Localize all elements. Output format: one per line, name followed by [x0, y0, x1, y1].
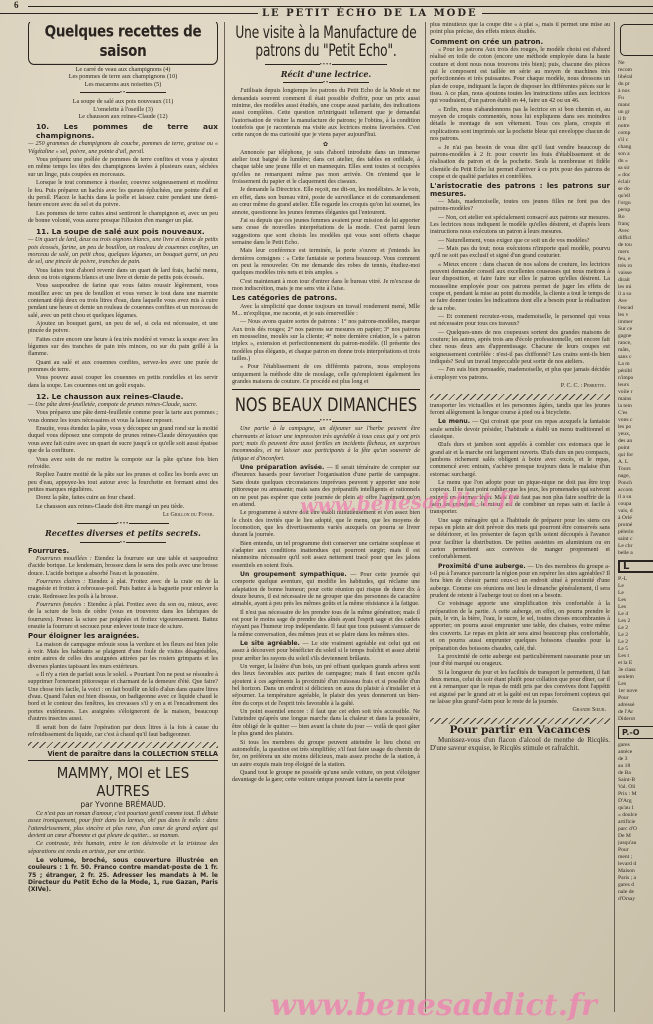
secrets-title: Recettes diverses et petits secrets.	[28, 530, 218, 537]
text-fragment: Val. Oli	[618, 784, 653, 791]
paragraph: Mais leur conférence est terminée, la po…	[232, 248, 420, 277]
text-fragment: rance,	[618, 340, 653, 347]
ad-book-title: MAMMY, MOI et LES AUTRES	[29, 764, 216, 800]
paragraph: — Naturellement, vous exigez que ce soit…	[430, 238, 610, 245]
paragraph: — Mais pas du tout; nous exécutons n'imp…	[430, 246, 610, 261]
paragraph: Annoncée par téléphone, je suis d'abord …	[232, 150, 420, 187]
text-fragment: Le 5	[618, 646, 653, 653]
recipe-12-title: 12. Le chausson aux reines-Claude.	[36, 392, 218, 401]
recipe-11-title: 11. La soupe de salé aux pois nouveaux.	[36, 227, 218, 236]
text-fragment: C'es	[618, 410, 653, 417]
text-fragment: Le 2	[618, 632, 653, 639]
text-fragment: pénibl	[618, 368, 653, 375]
text-fragment: feu, e	[618, 256, 653, 263]
text-fragment: comp	[618, 130, 653, 137]
paragraph: Faites cuire encore une heure à feu très…	[28, 337, 218, 359]
column-divider	[425, 22, 426, 1012]
text-fragment: Paris ; a	[618, 875, 653, 882]
page-number: 6	[14, 0, 19, 10]
paragraph: Vous préparez une pâte demi-feuilletée c…	[28, 410, 218, 425]
ornament-flower: ✿	[232, 142, 420, 148]
wavy-divider	[430, 718, 610, 724]
text-fragment: P.-L	[618, 576, 653, 583]
paragraph: Quant au salé et aux couennes confites, …	[28, 360, 218, 375]
recipe-12-ingredients: — Une pâte demi-feuilletée, compote de p…	[28, 402, 218, 409]
text-fragment: leurs	[618, 382, 653, 389]
paragraph: « Pour les patrons Aux trois dés rouges,…	[430, 47, 610, 106]
paragraph: Vous faites tout d'abord revenir dans un…	[28, 268, 218, 283]
text-fragment: Les t	[618, 653, 653, 660]
spiders-title: Pour éloigner les araignées.	[28, 633, 218, 640]
paragraph: Une préparation avisée. — Il serait témé…	[232, 464, 420, 509]
text-fragment: De M	[618, 833, 653, 840]
paragraph: Œufs durs et jambon sont appelés à combl…	[430, 442, 610, 479]
text-fragment: Ne	[618, 60, 653, 67]
ornament-divider: ••	[232, 80, 420, 86]
paragraph: transporter les victuailles et les perso…	[430, 403, 610, 418]
text-fragment: mers	[618, 249, 653, 256]
paragraph: Ce n'est pas un roman d'amour, c'est pou…	[28, 811, 218, 840]
text-fragment: adressé	[618, 702, 653, 709]
text-fragment: franç	[618, 221, 653, 228]
text-fragment: Maison	[618, 868, 653, 875]
wavy-divider	[430, 394, 610, 400]
paragraph: Le menu. — Qui croirait que pour ces rep…	[430, 418, 610, 441]
journal-title: LE PETIT ÉCHO DE LA MODE	[258, 8, 482, 19]
text-fragment: il fr	[618, 116, 653, 123]
paragraph: C'est maintenant à mon tour d'entrer dan…	[232, 279, 420, 294]
column-divider	[224, 22, 225, 1012]
recipes-box-title: Quelques recettes de saison	[28, 22, 218, 65]
text-fragment: il a so	[618, 291, 653, 298]
text-fragment: libéral	[618, 74, 653, 81]
text-fragment: à nos	[618, 88, 653, 95]
column-patrons-continued: plus minutieux que la coupe dite « à pla…	[430, 22, 610, 1017]
menu-item: La soupe de salé aux pois nouveaux (11)	[28, 98, 218, 105]
paragraph: Quand tout le groupe ne possède qu'une s…	[232, 770, 420, 785]
text-fragment: de l'Ar	[618, 709, 653, 716]
wavy-divider	[28, 742, 218, 748]
cropped-tail: garesantécede 3au 18de BaSaint-BVal. Oli…	[618, 742, 653, 903]
text-fragment: qu'ell	[618, 193, 653, 200]
text-fragment: Les	[618, 604, 653, 611]
paragraph: — Non, cet atelier est spécialement cons…	[430, 215, 610, 237]
recipe-10-ingredients: — 250 grammes de champignons de couche, …	[28, 141, 218, 156]
signature: Le Grillon du Foyer.	[28, 512, 214, 519]
text-fragment: gagne	[618, 333, 653, 340]
column-recipes: Quelques recettes de saison Le carré de …	[28, 22, 218, 1017]
paragraph: Lorsque le tout commence à rissoler, cou…	[28, 180, 218, 209]
text-fragment: ment ;	[618, 854, 653, 861]
text-fragment: Diderot	[618, 716, 653, 723]
text-fragment: yeux,	[618, 431, 653, 438]
paragraph: Il serait bon de faire l'opération par d…	[28, 725, 218, 740]
text-fragment: notre	[618, 123, 653, 130]
paragraph: Dorez la pâte, faites cuire au four chau…	[28, 495, 218, 502]
paragraph: « Enfin, nous n'abandonnons pas la lectr…	[430, 107, 610, 144]
column-divider	[614, 22, 615, 1012]
text-fragment: la tem	[618, 403, 653, 410]
signature: Grande Sœur.	[430, 707, 606, 714]
text-fragment: Les	[618, 681, 653, 688]
text-fragment: Les 2	[618, 618, 653, 625]
paragraph: Une sage ménagère qui a l'habitude de pr…	[430, 518, 610, 562]
text-fragment: se do	[618, 186, 653, 193]
cropped-box-label: L	[618, 560, 653, 573]
text-fragment: Prix : M	[618, 791, 653, 798]
cropped-box-title	[620, 24, 653, 56]
text-fragment: Fu	[618, 95, 653, 102]
text-fragment: Le 4	[618, 611, 653, 618]
menu-item: Les macarons aux noisettes (5)	[28, 81, 218, 88]
text-fragment: 3e class	[618, 667, 653, 674]
paragraph: Je demande la Directrice. Elle reçoit, m…	[232, 187, 420, 216]
text-fragment: Ponch	[618, 480, 653, 487]
text-fragment: Avec	[618, 228, 653, 235]
dimanches-title: NOS BEAUX DIMANCHES	[232, 394, 420, 416]
text-fragment: gares d	[618, 882, 653, 889]
text-fragment: à Orlé	[618, 515, 653, 522]
paragraph: Il n'est pas nécessaire de les prendre t…	[232, 610, 420, 639]
text-fragment: persp	[618, 207, 653, 214]
text-fragment: qu'au 1	[618, 805, 653, 812]
paragraph: Fourrures foncées : Etendez à plat. Frot…	[28, 602, 218, 631]
text-fragment: Le 2	[618, 639, 653, 646]
text-fragment: dirait	[618, 277, 653, 284]
paragraph: Bien entendu, un tel programme doit cons…	[232, 541, 420, 570]
paragraph: Le site agréable. — Le site vraiment agr…	[232, 640, 420, 663]
aristocracy-title: L'aristocratie des patrons : les patrons…	[430, 183, 610, 198]
text-fragment: recom	[618, 67, 653, 74]
paragraph: Fourrures mouillées : Etendez la fourrur…	[28, 556, 218, 578]
paragraph: Le menu que l'on adopte pour un pique-ni…	[430, 480, 610, 517]
paragraph: Si la longueur du jour et les facilités …	[430, 670, 610, 707]
text-fragment: La m	[618, 361, 653, 368]
menu-item: Le chausson aux reines-Claude (12)	[28, 113, 218, 120]
text-fragment: « doc	[618, 172, 653, 179]
text-fragment: vons c	[618, 417, 653, 424]
text-fragment: Tours	[618, 466, 653, 473]
paragraph: La maison de campagne enfouie sous la ve…	[28, 642, 218, 671]
text-fragment: et la E	[618, 660, 653, 667]
ornament-divider: ••	[28, 90, 218, 96]
text-fragment: Ave	[618, 298, 653, 305]
paragraph: Repliez l'autre moitié de la pâte sur le…	[28, 472, 218, 494]
text-fragment: Le 2	[618, 625, 653, 632]
menu-list-b: La soupe de salé aux pois nouveaux (11) …	[28, 98, 218, 120]
text-fragment: point	[618, 445, 653, 452]
text-fragment: coupa	[618, 501, 653, 508]
text-fragment: gares	[618, 742, 653, 749]
text-fragment: éclair	[618, 179, 653, 186]
text-fragment: levard d	[618, 861, 653, 868]
text-fragment: manc	[618, 102, 653, 109]
text-fragment: parc d'O	[618, 826, 653, 833]
signature: P. C. C. : Perrette.	[430, 383, 606, 390]
text-fragment: les mi	[618, 284, 653, 291]
text-fragment: s'il c	[618, 137, 653, 144]
column-manufacture: Une visite à la Manufacture de patrons d…	[232, 22, 420, 1017]
paragraph: Un verger, la lisière d'un bois, un pré …	[232, 664, 420, 708]
paragraph: Les pommes de terre cuites ainsi sentiro…	[28, 211, 218, 226]
text-fragment: les v	[618, 312, 653, 319]
header-rule-top	[28, 6, 653, 7]
text-fragment: mains	[618, 396, 653, 403]
paragraph: Le programme à suivre doit être établi m…	[232, 510, 420, 539]
text-fragment: seulem	[618, 674, 653, 681]
paragraph: « Pour l'établissement de ces différents…	[232, 364, 420, 386]
paragraph: Vous saupoudrez de farine que vous faite…	[28, 283, 218, 320]
ornament-divider: ••••	[28, 521, 218, 527]
text-fragment: artificie	[618, 819, 653, 826]
menu-item: Le carré de veau aux champignons (4)	[28, 66, 218, 73]
text-fragment: vaisse	[618, 270, 653, 277]
text-fragment: Le	[618, 583, 653, 590]
menu-item: Les pommes de terre aux champignons (10)	[28, 73, 218, 80]
paragraph: — Nous avons quatre sortes de patrons : …	[232, 319, 420, 363]
text-fragment: pèlerin	[618, 529, 653, 536]
cropped-fragments: Nerecomlibéraldu prà nosFumancun gril fr…	[618, 60, 653, 557]
text-fragment: Pour	[618, 695, 653, 702]
paragraph: Ce voisinage apporte une simplification …	[430, 601, 610, 652]
page-header: 6 LE PETIT ÉCHO DE LA MODE	[0, 0, 653, 20]
text-fragment: n'impo	[618, 375, 653, 382]
paragraph: « Il n'y a rien de parfait sous le solei…	[28, 672, 218, 723]
paragraph: « Mieux encore : dans chacun de nos salo…	[430, 262, 610, 313]
paragraph: J'ai su depuis que ces jeunes femmes ava…	[232, 218, 420, 247]
paragraph: Un point essentiel encore : il faut que …	[232, 709, 420, 738]
text-fragment: au 18	[618, 763, 653, 770]
ad-price-info: Le volume, broché, sous couverture illus…	[28, 857, 218, 894]
paragraph: Ajoutez un bouquet garni, un peu de sel,…	[28, 321, 218, 336]
ornament-divider: ••	[28, 540, 218, 546]
text-fragment: Pour	[618, 847, 653, 854]
paragraph: Vous pouvez aussi couper les couennes en…	[28, 375, 218, 390]
text-fragment: son a	[618, 151, 653, 158]
paragraph: Une partie à la campagne, un déjeuner su…	[232, 426, 420, 463]
text-fragment: sa sir	[618, 165, 653, 172]
text-fragment: Ro	[618, 214, 653, 221]
text-fragment: d'Orsay	[618, 896, 653, 903]
text-fragment: D'Arg	[618, 798, 653, 805]
paragraph: Proximité d'une auberge. — Un des membre…	[430, 563, 610, 601]
recipe-11-ingredients: — Un quart de lard, deux ou trois oignon…	[28, 237, 218, 266]
text-fragment: du pr	[618, 81, 653, 88]
paragraph: Fourrures claires : Etendez à plat. Frot…	[28, 579, 218, 601]
paragraph: « Je n'ai pas besoin de vous dire qu'il …	[430, 145, 610, 182]
paragraph: — Mais, mademoiselle, toutes ces jeunes …	[430, 199, 610, 214]
text-fragment: vais, d	[618, 508, 653, 515]
text-fragment: Le	[618, 590, 653, 597]
vacances-text: Munissez-vous d'un flacon d'alcool de me…	[430, 736, 610, 753]
text-fragment: de Ba	[618, 770, 653, 777]
text-fragment: jusqu'au	[618, 840, 653, 847]
paragraph: plus minutieux que la coupe dite « à pla…	[430, 22, 610, 37]
vacances-title: Pour partir en Vacances	[430, 727, 610, 734]
text-fragment: Saint-B	[618, 777, 653, 784]
text-fragment: nale de	[618, 889, 653, 896]
column-cropped-right: Nerecomlibéraldu prà nosFumancun gril fr…	[618, 22, 653, 1017]
menu-list-a: Le carré de veau aux champignons (4) Les…	[28, 66, 218, 88]
text-fragment: des an	[618, 438, 653, 445]
text-fragment: voile r	[618, 389, 653, 396]
text-fragment: sans c	[618, 354, 653, 361]
cropped-list: P.-LLeLeLesLesLe 4Les 2Le 2Le 2Le 2Le 5L…	[618, 576, 653, 723]
paragraph: Le chausson aux reines-Claude doit être …	[28, 504, 218, 511]
paragraph: J'utilisais depuis longtemps les patrons…	[232, 88, 420, 139]
article-title: Une visite à la Manufacture de patrons d…	[234, 24, 418, 60]
text-fragment: de tou	[618, 242, 653, 249]
text-fragment: de 3	[618, 756, 653, 763]
text-fragment: du «	[618, 158, 653, 165]
text-fragment: antéce	[618, 749, 653, 756]
text-fragment: qui for	[618, 452, 653, 459]
text-fragment: nage,	[618, 473, 653, 480]
text-fragment: chang	[618, 144, 653, 151]
text-fragment: 1er nove	[618, 688, 653, 695]
text-fragment: immer	[618, 319, 653, 326]
paragraph: Ce contraste, très humain, entre le ton …	[28, 841, 218, 856]
text-fragment: un gr	[618, 109, 653, 116]
text-fragment: très ro	[618, 263, 653, 270]
text-fragment: les po	[618, 424, 653, 431]
ad-book-author: par Yvonne BRÉMAUD.	[28, 801, 218, 808]
paragraph: Avec la simplicité que donne toujours un…	[232, 304, 420, 319]
text-fragment: A. L	[618, 459, 653, 466]
paragraph: — Quelques-unes de nos coupeuses sortent…	[430, 330, 610, 367]
text-fragment: Les	[618, 597, 653, 604]
text-fragment: accom	[618, 487, 653, 494]
ornament-divider: ••••	[232, 418, 420, 424]
create-pattern-title: Comment on crée un patron.	[430, 39, 610, 46]
article-subtitle: Récit d'une lectrice.	[232, 71, 420, 78]
paragraph: Ensuite, vous étendez la pâte, vous y dé…	[28, 426, 218, 455]
cropped-box-label: P.-O	[618, 726, 653, 739]
recipe-10-title: 10. Les pommes de terre aux champignons.	[36, 122, 218, 140]
ad-announcement: Vient de paraître dans la COLLECTION STE…	[28, 751, 218, 760]
text-fragment: l'escad	[618, 305, 653, 312]
paragraph: Un groupement sympathique. — Pour cette …	[232, 571, 420, 609]
paragraph: — J'en suis bien persuadée, mademoiselle…	[430, 367, 610, 382]
text-fragment: belle a	[618, 550, 653, 557]
text-fragment: mâts,	[618, 347, 653, 354]
text-fragment: promé	[618, 522, 653, 529]
text-fragment: « doulce	[618, 812, 653, 819]
text-fragment: il a su	[618, 494, 653, 501]
ornament-divider: ••••	[232, 62, 420, 68]
menu-item: L'omelette à l'oseille (3)	[28, 106, 218, 113]
paragraph: La proximité de cette auberge est partic…	[430, 654, 610, 669]
text-fragment: Sur ce	[618, 326, 653, 333]
paragraph: Vous préparez une poêlée de pommes de te…	[28, 157, 218, 179]
text-fragment: saint c	[618, 536, 653, 543]
text-fragment: diffici	[618, 235, 653, 242]
text-fragment: Le chr	[618, 543, 653, 550]
paragraph: Si tous les membres du groupe peuvent at…	[232, 740, 420, 769]
paragraph: — Et comment recrutez-vous, mademoiselle…	[430, 314, 610, 329]
text-fragment: l'orgu	[618, 200, 653, 207]
paragraph: Vous avez soin de ne mettre la compote s…	[28, 457, 218, 472]
categories-title: Les catégories de patrons.	[232, 295, 420, 302]
furs-title: Fourrures.	[28, 548, 218, 555]
